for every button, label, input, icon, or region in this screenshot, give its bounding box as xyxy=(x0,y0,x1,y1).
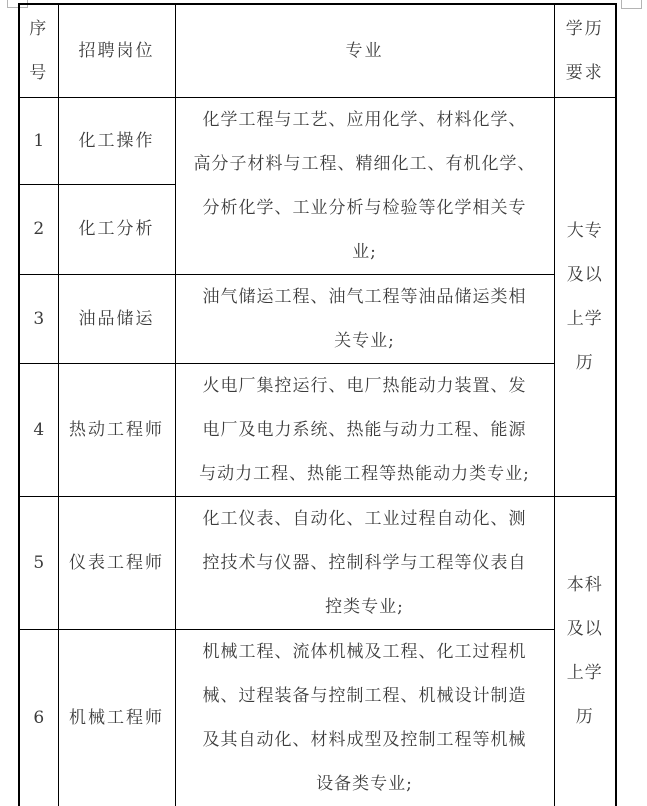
header-serial-number: 序 号 xyxy=(19,4,58,97)
serial-cell: 1 xyxy=(19,97,58,185)
position-cell: 机械工程师 xyxy=(58,629,175,806)
serial-cell: 2 xyxy=(19,185,58,274)
education-cell-bachelor: 本科 及以 上学 历 xyxy=(554,496,616,806)
header-row: 序 号 招聘岗位 专业 学历 要求 xyxy=(19,4,616,97)
table-row: 4 热动工程师 火电厂集控运行、电厂热能动力装置、发 电厂及电力系统、热能与动力… xyxy=(19,363,616,496)
serial-cell: 6 xyxy=(19,629,58,806)
major-cell-thermal: 火电厂集控运行、电厂热能动力装置、发 电厂及电力系统、热能与动力工程、能源 与动… xyxy=(175,363,554,496)
header-education: 学历 要求 xyxy=(554,4,616,97)
education-cell-college: 大专 及以 上学 历 xyxy=(554,97,616,496)
header-position: 招聘岗位 xyxy=(58,4,175,97)
position-cell: 化工分析 xyxy=(58,185,175,274)
recruitment-table-container: 序 号 招聘岗位 专业 学历 要求 1 化工操作 化学工程与工艺、应用化学、材料… xyxy=(18,3,617,806)
position-cell: 化工操作 xyxy=(58,97,175,185)
recruitment-table: 序 号 招聘岗位 专业 学历 要求 1 化工操作 化学工程与工艺、应用化学、材料… xyxy=(18,3,617,806)
table-row: 3 油品储运 油气储运工程、油气工程等油品储运类相 关专业; xyxy=(19,274,616,363)
position-cell: 热动工程师 xyxy=(58,363,175,496)
major-cell-mechanical: 机械工程、流体机械及工程、化工过程机 械、过程装备与控制工程、机械设计制造 及其… xyxy=(175,629,554,806)
position-cell: 仪表工程师 xyxy=(58,496,175,629)
serial-cell: 3 xyxy=(19,274,58,363)
major-cell-oil-storage: 油气储运工程、油气工程等油品储运类相 关专业; xyxy=(175,274,554,363)
serial-cell: 4 xyxy=(19,363,58,496)
position-cell: 油品储运 xyxy=(58,274,175,363)
table-row: 6 机械工程师 机械工程、流体机械及工程、化工过程机 械、过程装备与控制工程、机… xyxy=(19,629,616,806)
page-crop-artifact-top-right xyxy=(621,0,642,9)
table-row: 5 仪表工程师 化工仪表、自动化、工业过程自动化、测 控技术与仪器、控制科学与工… xyxy=(19,496,616,629)
table-row: 1 化工操作 化学工程与工艺、应用化学、材料化学、 高分子材料与工程、精细化工、… xyxy=(19,97,616,185)
header-major: 专业 xyxy=(175,4,554,97)
serial-cell: 5 xyxy=(19,496,58,629)
major-cell-chemistry: 化学工程与工艺、应用化学、材料化学、 高分子材料与工程、精细化工、有机化学、 分… xyxy=(175,97,554,274)
major-cell-instrument: 化工仪表、自动化、工业过程自动化、测 控技术与仪器、控制科学与工程等仪表自 控类… xyxy=(175,496,554,629)
